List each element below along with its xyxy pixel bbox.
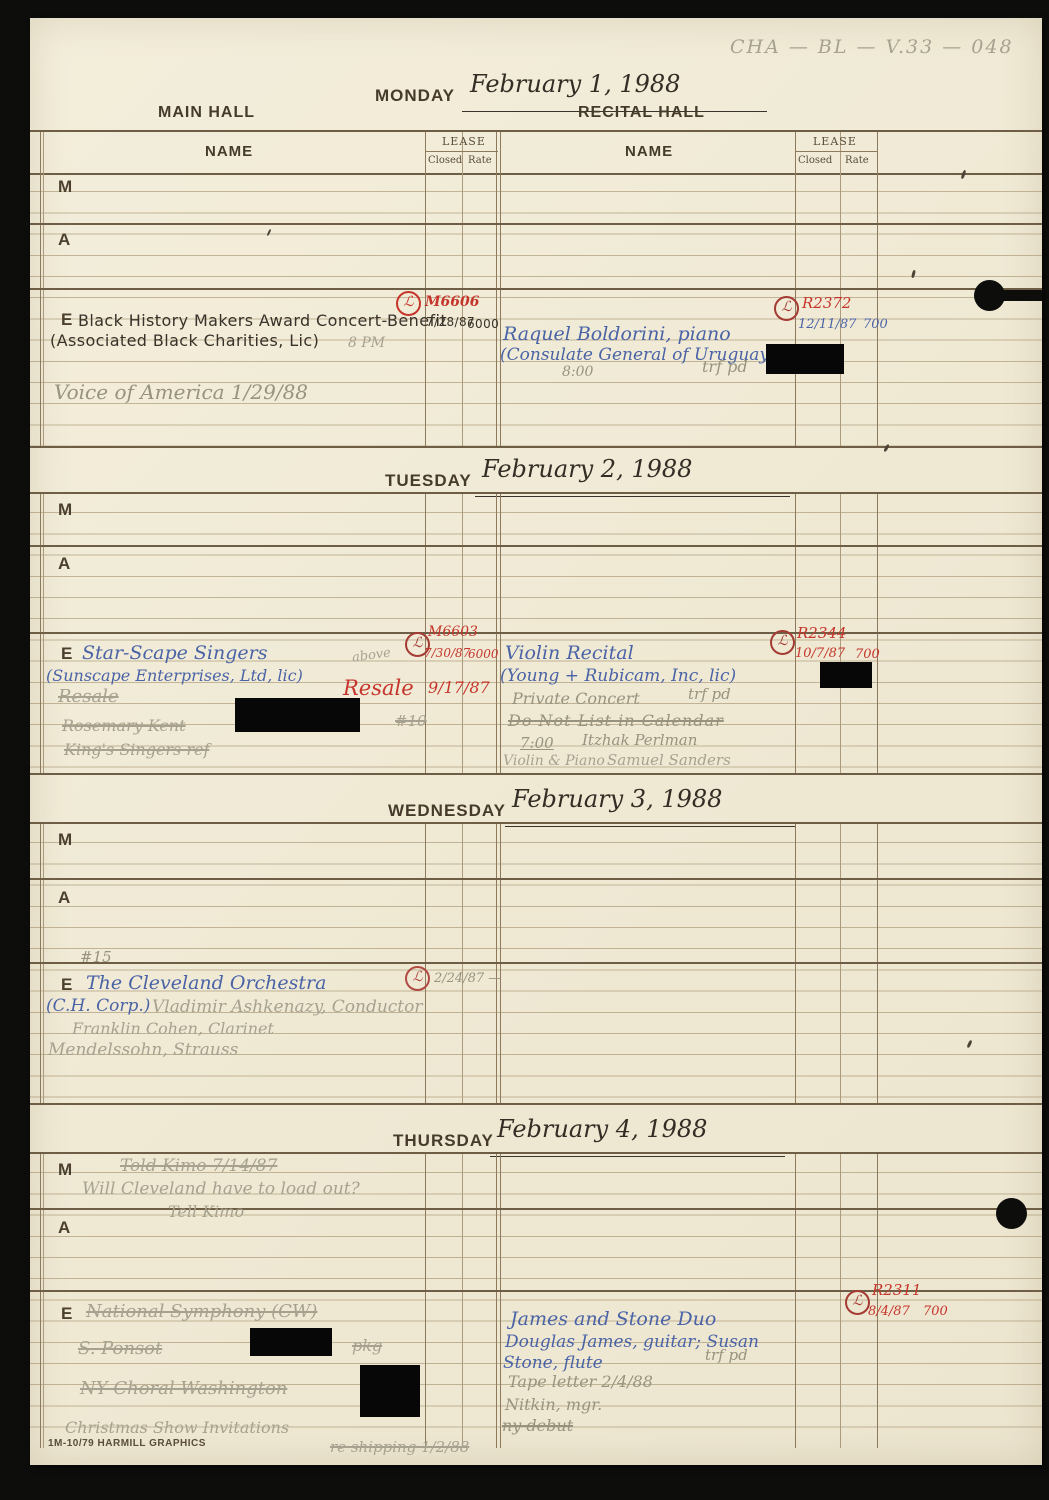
accompanist-note: Samuel Sanders <box>607 751 731 769</box>
col-closed-main: Closed <box>428 155 462 166</box>
manager-note: Nitkin, mgr. <box>505 1395 602 1414</box>
resale-red-note: Resale <box>343 676 414 700</box>
day-label-wednesday: WEDNESDAY <box>388 801 506 821</box>
instrumentation-note: Violin & Piano <box>503 753 605 769</box>
lease-code: M6606 <box>425 294 479 310</box>
entry-main-org: (Sunscape Enterprises, Ltd, lic) <box>46 666 303 685</box>
printer-imprint: 1M-10/79 HARMILL GRAPHICS <box>48 1438 206 1449</box>
lease-closed-date: 10/7/87 <box>795 646 845 661</box>
entry-main-title: Black History Makers Award Concert-Benef… <box>78 311 447 330</box>
col-closed-recital: Closed <box>798 155 832 166</box>
lease-code: R2344 <box>797 624 846 642</box>
entry-main-org: (C.H. Corp.) <box>46 996 150 1016</box>
entry-main-title: The Cleveland Orchestra <box>86 972 326 994</box>
lease-closed-date: 2/24/87 — <box>434 971 501 986</box>
crossed-pkg-note: pkg <box>352 1336 382 1355</box>
lease-circle-mark: ℒ <box>396 291 421 316</box>
row-marker-m: M <box>58 1160 72 1180</box>
lease-circle-mark: ℒ <box>774 296 799 321</box>
row-marker-a: A <box>58 888 70 908</box>
row-marker-a: A <box>58 1218 70 1238</box>
lease-circle-mark: ℒ <box>405 966 430 991</box>
lease-circle-mark: ℒ <box>770 630 795 655</box>
redaction-box <box>360 1365 420 1417</box>
trf-paid-note: trf pd <box>702 357 748 376</box>
col-lease-main: LEASE <box>442 135 486 148</box>
trf-paid-note: trf pd <box>705 1346 748 1364</box>
row-marker-e: E <box>61 310 72 330</box>
conductor-note: Vladimir Ashkenazy, Conductor <box>152 997 423 1017</box>
punch-hole <box>996 1198 1027 1229</box>
lease-code: R2311 <box>872 1281 921 1299</box>
hall-label-recital: RECITAL HALL <box>578 104 705 122</box>
row-marker-e: E <box>61 644 72 664</box>
col-lease-recital: LEASE <box>813 135 857 148</box>
lease-closed-date: 7/30/87 <box>424 646 470 660</box>
day-label-monday: MONDAY <box>375 86 455 106</box>
shipping-note: re shipping 1/2/88 <box>330 1438 469 1456</box>
redaction-box <box>820 662 872 688</box>
crossed-out-tail: #10 <box>395 712 427 730</box>
lease-rate: 6000 <box>468 647 499 661</box>
lease-code: R2372 <box>802 294 851 312</box>
entry-main-time-note: 8 PM <box>348 335 385 351</box>
punch-hole-tab <box>990 290 1042 301</box>
redaction-box <box>766 344 844 374</box>
resale-red-date: 9/17/87 <box>428 678 490 697</box>
resale-pencil-note: Resale <box>58 686 119 707</box>
date-monday: February 1, 1988 <box>470 70 680 98</box>
trf-paid-note: trf pd <box>688 685 731 703</box>
lease-rate: 700 <box>863 317 888 332</box>
cleveland-loadout-question: Will Cleveland have to load out? <box>82 1179 360 1199</box>
lease-code: M6603 <box>428 624 478 640</box>
col-rate-main: Rate <box>468 155 492 166</box>
entry-recital-time: 8:00 <box>562 364 593 380</box>
crossed-out-kings-singers: King's Singers ref <box>64 740 209 759</box>
crossed-ponsot: S. Ponsot <box>78 1338 162 1359</box>
lease-rate: 6000 <box>467 317 499 331</box>
entry-recital-artist: Raquel Boldorini, piano <box>503 323 731 345</box>
date-tuesday: February 2, 1988 <box>482 455 692 483</box>
hall-label-main: MAIN HALL <box>158 104 255 122</box>
crossed-out-name: Rosemary Kent <box>62 716 186 735</box>
entry-main-title: Star-Scape Singers <box>82 642 267 664</box>
time-note: 7:00 <box>520 734 554 752</box>
redaction-box <box>250 1328 332 1356</box>
scanned-ledger-page: CHA — BL — V.33 — 048 MONDAY February 1,… <box>0 0 1049 1500</box>
archive-code: CHA — BL — V.33 — 048 <box>730 36 1014 58</box>
entry-recital-org: (Young + Rubicam, Inc, lic) <box>500 666 736 686</box>
lease-circle-mark: ℒ <box>845 1290 870 1315</box>
row-marker-e: E <box>61 975 72 995</box>
lease-closed-date: 8/4/87 <box>868 1304 910 1319</box>
day-label-thursday: THURSDAY <box>393 1131 494 1151</box>
crossed-kimo-note: Told Kimo 7/14/87 <box>120 1156 277 1176</box>
redaction-box <box>235 698 360 732</box>
date-wednesday: February 3, 1988 <box>512 785 722 813</box>
col-name-main: NAME <box>205 143 253 160</box>
lease-closed-date: 12/11/87 <box>798 317 856 332</box>
tell-kimo-note: Tell Kimo <box>168 1202 244 1221</box>
row-marker-m: M <box>58 500 72 520</box>
entry-recital-title: Violin Recital <box>505 642 634 664</box>
entry-main-org: (Associated Black Charities, Lic) <box>50 331 319 350</box>
row-marker-a: A <box>58 230 70 250</box>
number-note: #15 <box>80 948 112 966</box>
col-name-recital: NAME <box>625 143 673 160</box>
row-marker-e: E <box>61 1304 72 1324</box>
row-marker-m: M <box>58 830 72 850</box>
entry-recital-title: James and Stone Duo <box>510 1308 716 1330</box>
wednesday-grid <box>30 822 1042 1105</box>
soloist-note: Franklin Cohen, Clarinet <box>72 1019 274 1038</box>
ny-debut-note: ny debut <box>502 1416 573 1435</box>
crossed-ny-choral: NY Choral Washington <box>80 1378 287 1399</box>
do-not-list-note: Do Not List in Calendar <box>508 711 724 730</box>
entry-main-broadcast-note: Voice of America 1/29/88 <box>54 380 308 404</box>
entry-recital-org: (Consulate General of Uruguay, lic) <box>500 345 805 365</box>
date-thursday: February 4, 1988 <box>497 1115 707 1143</box>
column-header-band: NAME LEASE Closed Rate NAME LEASE Closed… <box>30 130 1042 175</box>
lease-rate: 700 <box>855 647 880 662</box>
row-marker-m: M <box>58 177 72 197</box>
row-marker-a: A <box>58 554 70 574</box>
lease-rate: 700 <box>923 1304 948 1319</box>
day-label-tuesday: TUESDAY <box>385 471 472 491</box>
crossed-national-symphony: National Symphony (CW) <box>86 1301 317 1322</box>
program-note: Mendelssohn, Strauss <box>48 1040 238 1060</box>
col-rate-recital: Rate <box>845 155 869 166</box>
paper-sheet: CHA — BL — V.33 — 048 MONDAY February 1,… <box>30 18 1042 1465</box>
monday-grid <box>30 171 1042 448</box>
artist-note: Itzhak Perlman <box>582 731 697 749</box>
entry-recital-artists2: Stone, flute <box>503 1353 603 1373</box>
tape-letter-note: Tape letter 2/4/88 <box>508 1372 653 1391</box>
christmas-invitations-note: Christmas Show Invitations <box>65 1418 289 1437</box>
private-concert-note: Private Concert <box>512 689 640 708</box>
